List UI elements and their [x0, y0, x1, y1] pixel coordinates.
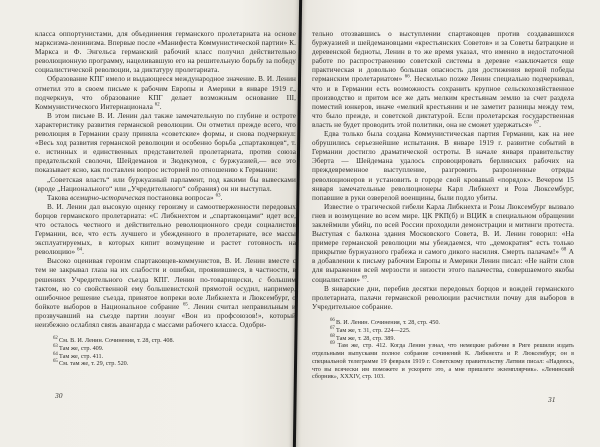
page-number-left: 30	[55, 391, 63, 400]
footnote: 62 См. В. И. Ленин. Сочинения, т. 28, ст…	[35, 337, 296, 345]
paragraph: класса оппортунистами, для объединения г…	[35, 30, 296, 75]
paragraph: „Советская власть“ или буржуазный парлам…	[35, 176, 296, 194]
footnote: 65 См. там же, т. 29, стр. 520.	[35, 360, 296, 368]
paragraph: В январские дни, перебив десятки передов…	[312, 285, 574, 312]
footnote: 66 В. И. Ленин. Сочинения, т. 28, стр. 4…	[312, 319, 574, 327]
left-page-text: класса оппортунистами, для объединения г…	[35, 30, 296, 330]
page-number-right: 31	[548, 395, 556, 404]
footnote: 63 Там же, стр. 409.	[35, 345, 296, 353]
right-page-text: тельно отозвавшись о выступлении спартак…	[312, 30, 574, 312]
left-page-footnotes: 62 См. В. И. Ленин. Сочинения, т. 28, ст…	[35, 337, 296, 368]
paragraph: Образование КПГ имело и выдающееся между…	[35, 75, 296, 111]
page-left: класса оппортунистами, для объединения г…	[35, 30, 296, 368]
paragraph: Известие о трагической гибели Карла Либк…	[312, 203, 574, 285]
paragraph: В. И. Ленин дал высокую оценку героизму …	[35, 203, 296, 258]
right-page-footnotes: 66 В. И. Ленин. Сочинения, т. 28, стр. 4…	[312, 319, 574, 381]
paragraph: тельно отозвавшись о выступлении спартак…	[312, 30, 574, 130]
paragraph: Такова всемирно-историческая постановка …	[35, 194, 296, 203]
footnote: 69 Там же, стр. 412. Когда Ленин узнал, …	[312, 342, 574, 381]
paragraph: Едва только была создана Коммунистическа…	[312, 130, 574, 203]
page-right: тельно отозвавшись о выступлении спартак…	[312, 30, 574, 381]
paragraph: В этом письме В. И. Ленин дал также заме…	[35, 112, 296, 176]
footnote: 67 Там же, т. 31, стр. 224—225.	[312, 327, 574, 335]
paragraph: Высоко оценивая героизм спартаковцев-ком…	[35, 257, 296, 330]
